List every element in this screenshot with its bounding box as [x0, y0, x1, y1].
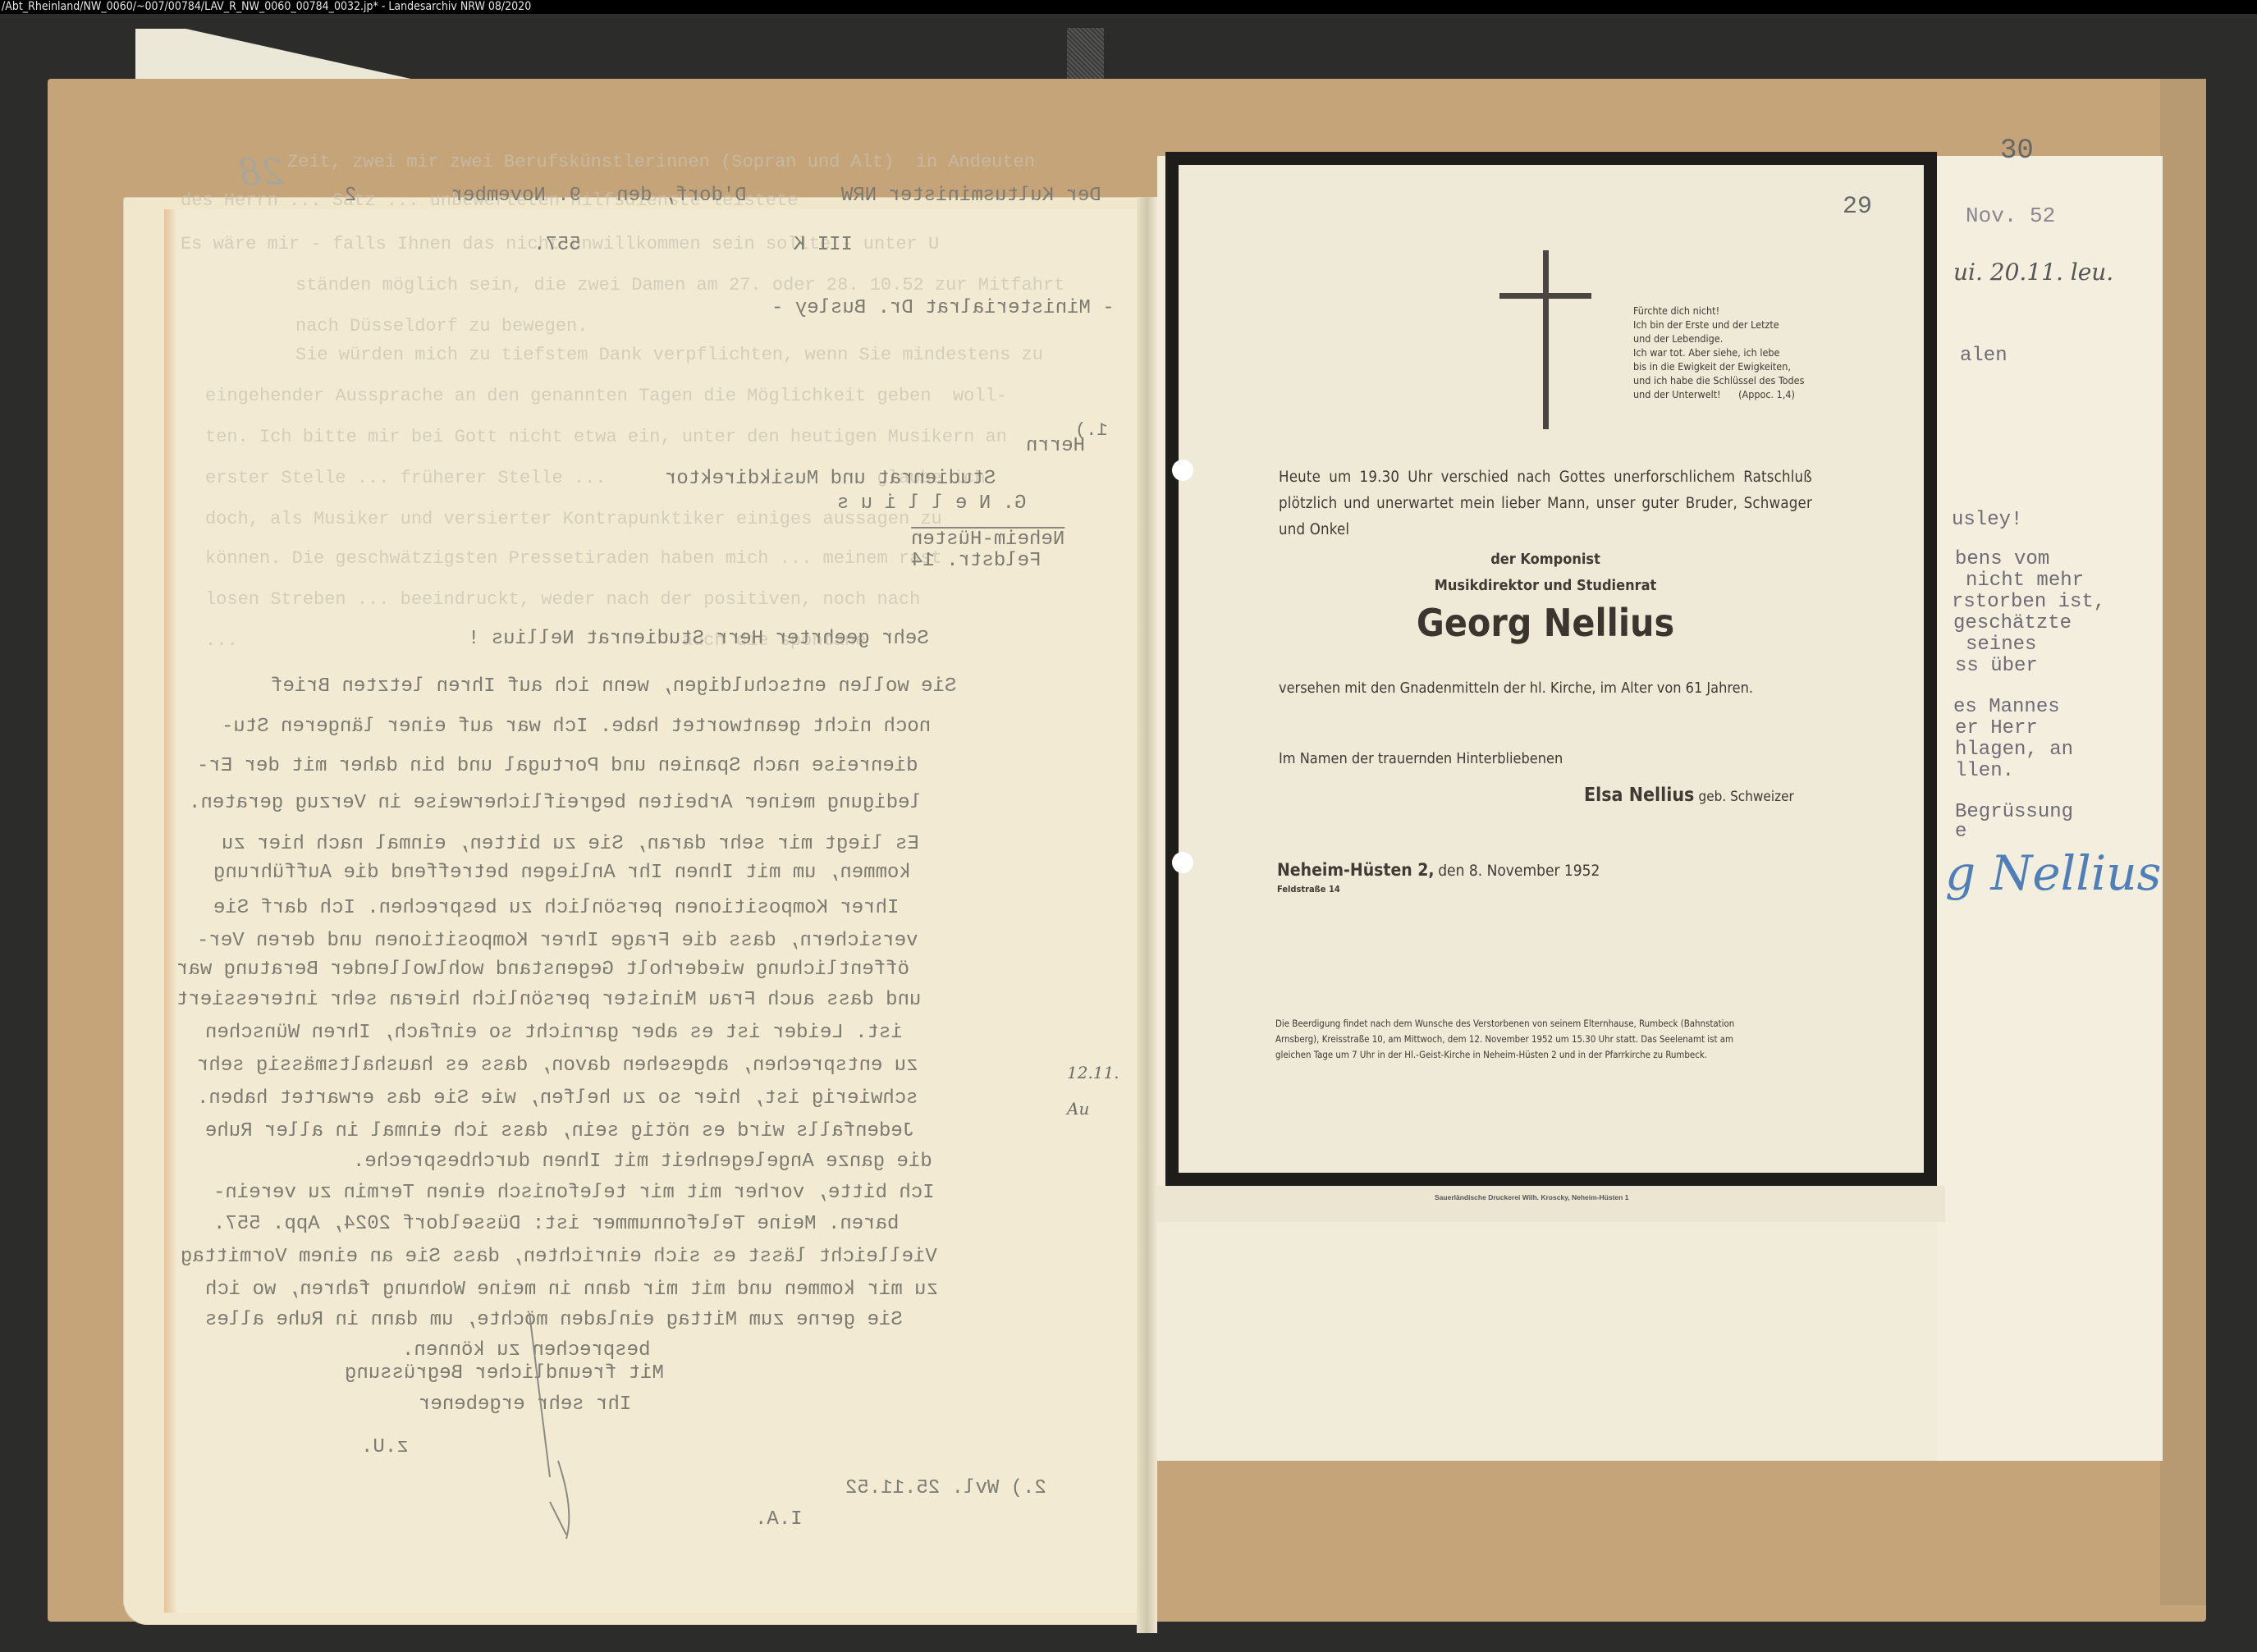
closing: Mit freundlicher Begrüssung: [345, 1362, 664, 1384]
show-through-line: nach Düsseldorf zu bewegen.: [295, 316, 588, 336]
letter-body-line: Es liegt mir sehr daran, Sie zu bitten, …: [222, 833, 919, 855]
verse-line: und der Lebendige.: [1633, 332, 1804, 346]
deceased-name: Georg Nellius: [1279, 601, 1812, 645]
notice-footer-strip: [1157, 1186, 1945, 1222]
widow-name: Elsa Nellius: [1584, 785, 1694, 806]
verse-line: Ich war tot. Aber siehe, ich lebe: [1633, 346, 1804, 359]
pencil-stroke-icon: [525, 1313, 583, 1543]
letter-fragment: e: [1955, 821, 1966, 843]
cross-icon-bar: [1499, 293, 1591, 299]
recipient-line: Studienrat und Musikdirektor: [665, 468, 996, 490]
letter-reference: III K 557.: [533, 234, 853, 256]
announcement-line: plötzlich und unerwartet mein lieber Man…: [1279, 491, 1812, 517]
letter-body-line: ledigung meiner Arbeiten begreiflicherwe…: [189, 792, 922, 814]
letter-date-fragment: Nov. 52: [1966, 204, 2055, 228]
letter-body-line: öffentlichung wiederholt Gegenstand wohl…: [176, 959, 909, 981]
verse-line: und der Unterwelt! (Appoc. 1,4): [1633, 387, 1804, 401]
show-through-line: ständen möglich sein, die zwei Damen am …: [295, 275, 1064, 295]
recipient-line: Feldstr. 14: [911, 550, 1041, 572]
announcement-line: Heute um 19.30 Uhr verschied nach Gottes…: [1279, 464, 1812, 491]
letter-body-line: zu mir kommen und mit mir dann in meine …: [205, 1279, 938, 1301]
verse-line: Ich bin der Erste und der Letzte: [1633, 318, 1804, 332]
address: Feldstraße 14: [1277, 884, 1340, 895]
margin-pencil-note: 12.11. Au: [1067, 1055, 1100, 1127]
death-announcement: Heute um 19.30 Uhr verschied nach Gottes…: [1279, 464, 1812, 543]
show-through-line: eingehender Aussprache an den genannten …: [205, 386, 1007, 406]
show-through-line: losen Streben ... beeindruckt, weder nac…: [205, 589, 920, 610]
letter-sender: - Ministerialrat Dr. Busley -: [771, 297, 1115, 319]
page-edge: [164, 209, 177, 1613]
verse-line: Fürchte dich nicht!: [1633, 304, 1804, 318]
verse-line: und ich habe die Schlüssel des Todes: [1633, 373, 1804, 387]
burial-line: gleichen Tage um 7 Uhr in der Hl.-Geist-…: [1275, 1047, 1809, 1063]
window-title-bar: /Abt_Rheinland/NW_0060/~007/00784/LAV_R_…: [0, 0, 2257, 14]
letter-body-line: noch nicht geantwortet habe. Ich war auf…: [222, 716, 931, 738]
letter-header: Der Kultusminister NRW D'dorf, den 9. No…: [345, 185, 1101, 207]
letter-body-line: Jedenfalls wird es nötig sein, dass ich …: [205, 1120, 914, 1142]
verse-line: bis in die Ewigkeit der Ewigkeiten,: [1633, 359, 1804, 373]
letter-fragment: nicht mehr: [1966, 570, 2084, 592]
letter-body-line: versichern, dass die Frage Ihrer Komposi…: [197, 930, 918, 952]
letter-body-line: Vielleicht lässt es sich einrichten, das…: [181, 1246, 937, 1268]
burial-info: Die Beerdigung findet nach dem Wunsche d…: [1275, 1016, 1809, 1063]
widow-signature: Elsa Nellius geb. Schweizer: [1584, 785, 1794, 806]
punch-hole: [1172, 852, 1193, 873]
letter-fragment: geschätzte: [1953, 612, 2072, 634]
recipient-line: G. N e l l i u s: [837, 492, 1026, 515]
folder-edge: [2160, 79, 2206, 1605]
letter-fragment: rstorben ist,: [1952, 591, 2105, 613]
signature-nellius: g Nellius: [1945, 845, 2161, 901]
letter-fragment: llen.: [1955, 760, 2014, 782]
burial-line: Die Beerdigung findet nach dem Wunsche d…: [1275, 1016, 1809, 1032]
letter-body-line: ist. Leider ist es aber garnicht so einf…: [205, 1022, 903, 1044]
title-komponist: der Komponist: [1279, 547, 1812, 573]
letter-fragment: bens vom: [1955, 548, 2049, 570]
letter-body-line: kommen, um mit Ihnen Ihr Anliegen betref…: [213, 862, 911, 884]
folio-number-notice: 29: [1843, 193, 1872, 221]
letter-fragment: es Mannes: [1953, 696, 2060, 718]
letter-body-line: schwierig ist, hier so zu helfen, wie Si…: [197, 1087, 918, 1110]
salutation: Sehr geehrter Herr Studienrat Nellius !: [468, 628, 929, 650]
announcement-line: und Onkel: [1279, 517, 1812, 543]
date: den 8. November 1952: [1438, 862, 1600, 880]
letter-body-line: baren. Meine Telefonnummer ist: Düsseldo…: [213, 1213, 899, 1235]
bible-verse: Fürchte dich nicht! Ich bin der Erste un…: [1633, 304, 1804, 401]
burial-line: Arnsberg), Kreisstraße 10, am Mittwoch, …: [1275, 1032, 1809, 1047]
book-gutter: [1137, 197, 1157, 1633]
show-through-line: doch, als Musiker und versierter Kontrap…: [205, 509, 942, 529]
letter-fragment: usley!: [1952, 509, 2022, 531]
letter-fragment: alen: [1960, 345, 2007, 367]
folio-number-left: 28: [238, 152, 284, 194]
letter-fragment: Begrüssung: [1955, 801, 2073, 823]
recipient-line: Herrn: [1026, 435, 1085, 457]
punch-hole: [1172, 460, 1193, 481]
resubmission-note: 2.) Wvl. 25.11.52: [845, 1477, 1046, 1499]
letter-body-line: und dass auch Frau Minister persönlich h…: [176, 989, 921, 1011]
letter-fragment: hlagen, an: [1955, 739, 2073, 761]
place-date: Neheim-Hüsten 2, den 8. November 1952: [1277, 860, 1600, 880]
sacraments-line: versehen mit den Gnadenmitteln der hl. K…: [1279, 680, 1820, 697]
letter-body-line: Sie wollen entschuldigen, wenn ich auf I…: [271, 675, 956, 698]
letter-body-line: die ganze Angelegenheit mit Ihnen durchb…: [353, 1151, 932, 1173]
deceased-titles: der Komponist Musikdirektor und Studienr…: [1279, 547, 1812, 599]
title-musikdirektor: Musikdirektor und Studienrat: [1279, 573, 1812, 599]
letter-body-line: Ich bitte, vorher mit mir telefonisch ei…: [213, 1182, 935, 1204]
show-through-line: Sie würden mich zu tiefstem Dank verpfli…: [295, 345, 1043, 365]
mourners-intro: Im Namen der trauernden Hinterbliebenen: [1279, 750, 1563, 767]
place: Neheim-Hüsten 2,: [1277, 860, 1435, 880]
letter-body-line: Ihrer Kompositionen persönlich zu bespre…: [213, 897, 899, 919]
letter-fragment: seines: [1966, 634, 2036, 656]
printer-imprint: Sauerländische Druckerei Wilh. Kroscky, …: [1435, 1193, 1628, 1201]
letter-fragment: er Herr: [1955, 717, 2038, 739]
show-through-line: Zeit, zwei mir zwei Berufskünstlerinnen …: [287, 152, 1035, 172]
folio-number-right: 30: [2000, 135, 2034, 167]
closing-initials: z.U.: [361, 1436, 409, 1458]
show-through-line: können. Die geschwätzigsten Pressetirade…: [205, 548, 942, 569]
window-title: /Abt_Rheinland/NW_0060/~007/00784/LAV_R_…: [2, 0, 531, 13]
letter-body-line: zu entsprechen, abgesehen davon, dass es…: [197, 1055, 918, 1077]
letter-body-line: dienreise nach Spanien und Portugal und …: [197, 755, 918, 777]
widow-birthname: geb. Schweizer: [1699, 789, 1794, 805]
handwritten-annotation: ui. 20.11. leu.: [1953, 259, 2113, 286]
closing-ia: I.A.: [755, 1508, 803, 1531]
show-through-line: ten. Ich bitte mir bei Gott nicht etwa e…: [205, 427, 1007, 447]
cross-icon: [1543, 250, 1549, 429]
letter-fragment: ss über: [1955, 655, 2038, 677]
recipient-line: Neheim-Hüsten: [911, 527, 1064, 551]
